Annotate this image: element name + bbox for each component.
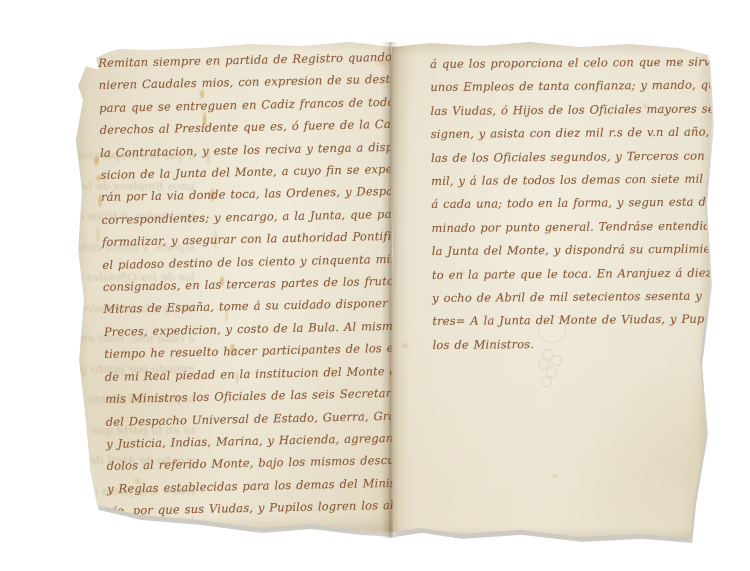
manuscript-line: mil, y á las de todos los demas con siet… xyxy=(431,167,745,193)
manuscript-line: la Junta del Monte, y dispondrá su cumpl… xyxy=(432,238,746,264)
right-page-text: á que los proporciona el celo con que me… xyxy=(430,50,747,357)
manuscript-photo: á que los proporciona el celo con que me… xyxy=(0,0,750,571)
stain xyxy=(398,340,412,352)
manuscript-line: signen, y asista con diez mil r.s de v.n… xyxy=(431,120,745,146)
manuscript-line: to en la parte que le toca. En Aranjuez … xyxy=(432,261,746,287)
manuscript-line: los de Ministros. xyxy=(432,331,746,357)
manuscript-line: las Viudas, ó Hijos de los Oficiales may… xyxy=(430,97,744,123)
manuscript-line: y ocho de Abril de mil setecientos sesen… xyxy=(432,284,746,310)
manuscript-right-page: á que los proporciona el celo con que me… xyxy=(390,40,712,545)
manuscript-line: á cada una; todo en la forma, y segun es… xyxy=(431,191,745,217)
manuscript-line: minado por punto general. Tendráse enten… xyxy=(431,214,745,240)
manuscript-left-page: á que los proporciona el celo con que me… xyxy=(70,35,395,535)
manuscript-line: las de los Oficiales segundos, y Tercero… xyxy=(431,144,745,170)
stain xyxy=(550,472,560,481)
manuscript-line: á que los proporciona el celo con que me… xyxy=(430,50,744,76)
manuscript-line: unos Empleos de tanta confianza; y mando… xyxy=(430,74,744,100)
manuscript-line: tres= A la Junta del Monte de Viudas, y … xyxy=(432,308,746,334)
